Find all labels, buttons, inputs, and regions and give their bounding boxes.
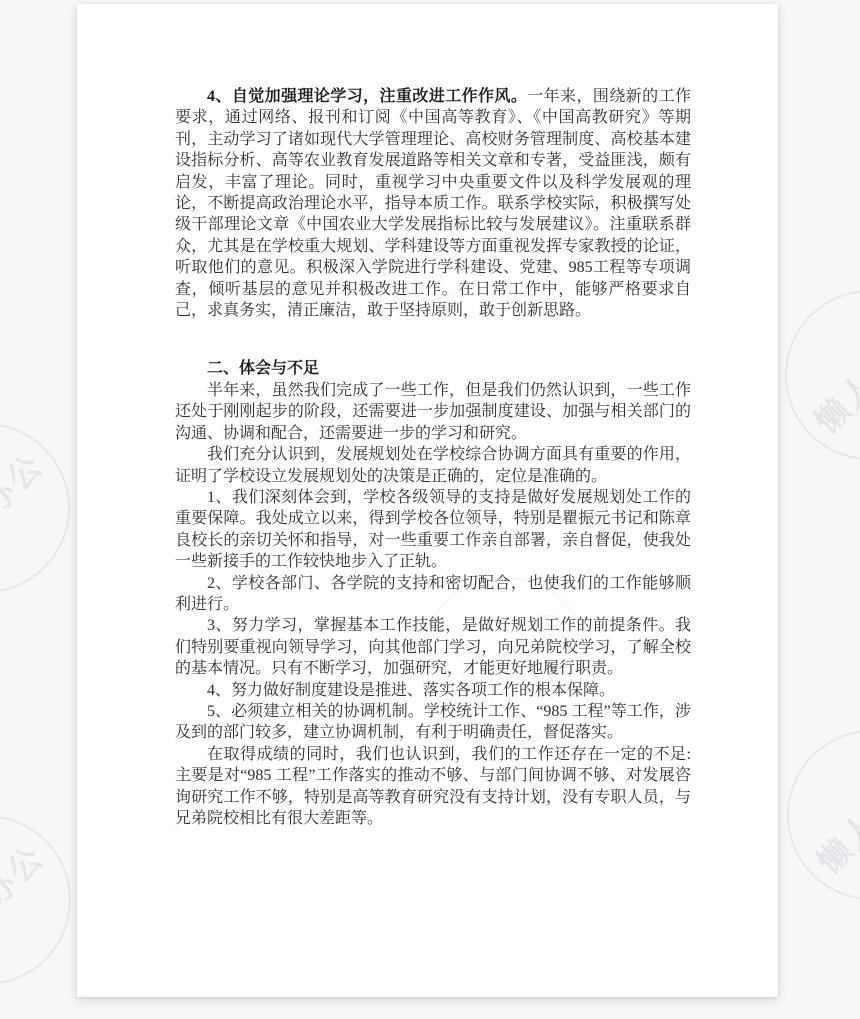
watermark-text: 懒人办公 xyxy=(0,440,53,575)
paragraph-work-style: 4、自觉加强理论学习，注重改进工作作风。一年来，围绕新的工作要求，通过网络、报刊… xyxy=(175,86,691,321)
document-body: 4、自觉加强理论学习，注重改进工作作风。一年来，围绕新的工作要求，通过网络、报刊… xyxy=(175,86,691,829)
paragraph: 我们充分认识到，发展规划处在学校综合协调方面具有重要的作用，证明了学校设立发展规… xyxy=(175,444,691,487)
paragraph: 半年来，虽然我们完成了一些工作，但是我们仍然认识到，一些工作还处于刚刚起步的阶段… xyxy=(175,380,691,444)
watermark-text: 懒人办公 xyxy=(802,307,860,442)
paragraph: 2、学校各部门、各学院的支持和密切配合，也使我们的工作能够顺利进行。 xyxy=(175,573,691,616)
watermark-text: 懒人办公 xyxy=(0,832,54,967)
paragraph: 4、努力做好制度建设是推进、落实各项工作的根本保障。 xyxy=(175,680,691,701)
paragraph-bold-lead: 4、自觉加强理论学习，注重改进工作作风。 xyxy=(207,88,527,105)
paragraph: 1、我们深刻体会到，学校各级领导的支持是做好发展规划处工作的重要保障。我处成立以… xyxy=(175,487,691,573)
paragraph: 在取得成绩的同时，我们也认识到，我们的工作还存在一定的不足:主要是对“985 工… xyxy=(175,744,691,830)
section-heading: 二、体会与不足 xyxy=(175,358,691,379)
watermark-text: 懒人办公 xyxy=(804,747,860,882)
screenshot-background: { "colors": { "page_background": "#f6f7f… xyxy=(0,0,860,1019)
paragraph: 3、努力学习，掌握基本工作技能，是做好规划工作的前提条件。我们特别要重视向领导学… xyxy=(175,615,691,679)
paragraph: 5、必须建立相关的协调机制。学校统计工作、“985 工程”等工作，涉及到的部门较… xyxy=(175,701,691,744)
paragraph-text: 一年来，围绕新的工作要求，通过网络、报刊和订阅《中国高等教育》、《中国高教研究》… xyxy=(175,88,691,319)
document-page: 懒人办公 懒人办公 4、自觉加强理论学习，注重改进工作作风。一年来，围绕新的工作… xyxy=(77,4,778,997)
